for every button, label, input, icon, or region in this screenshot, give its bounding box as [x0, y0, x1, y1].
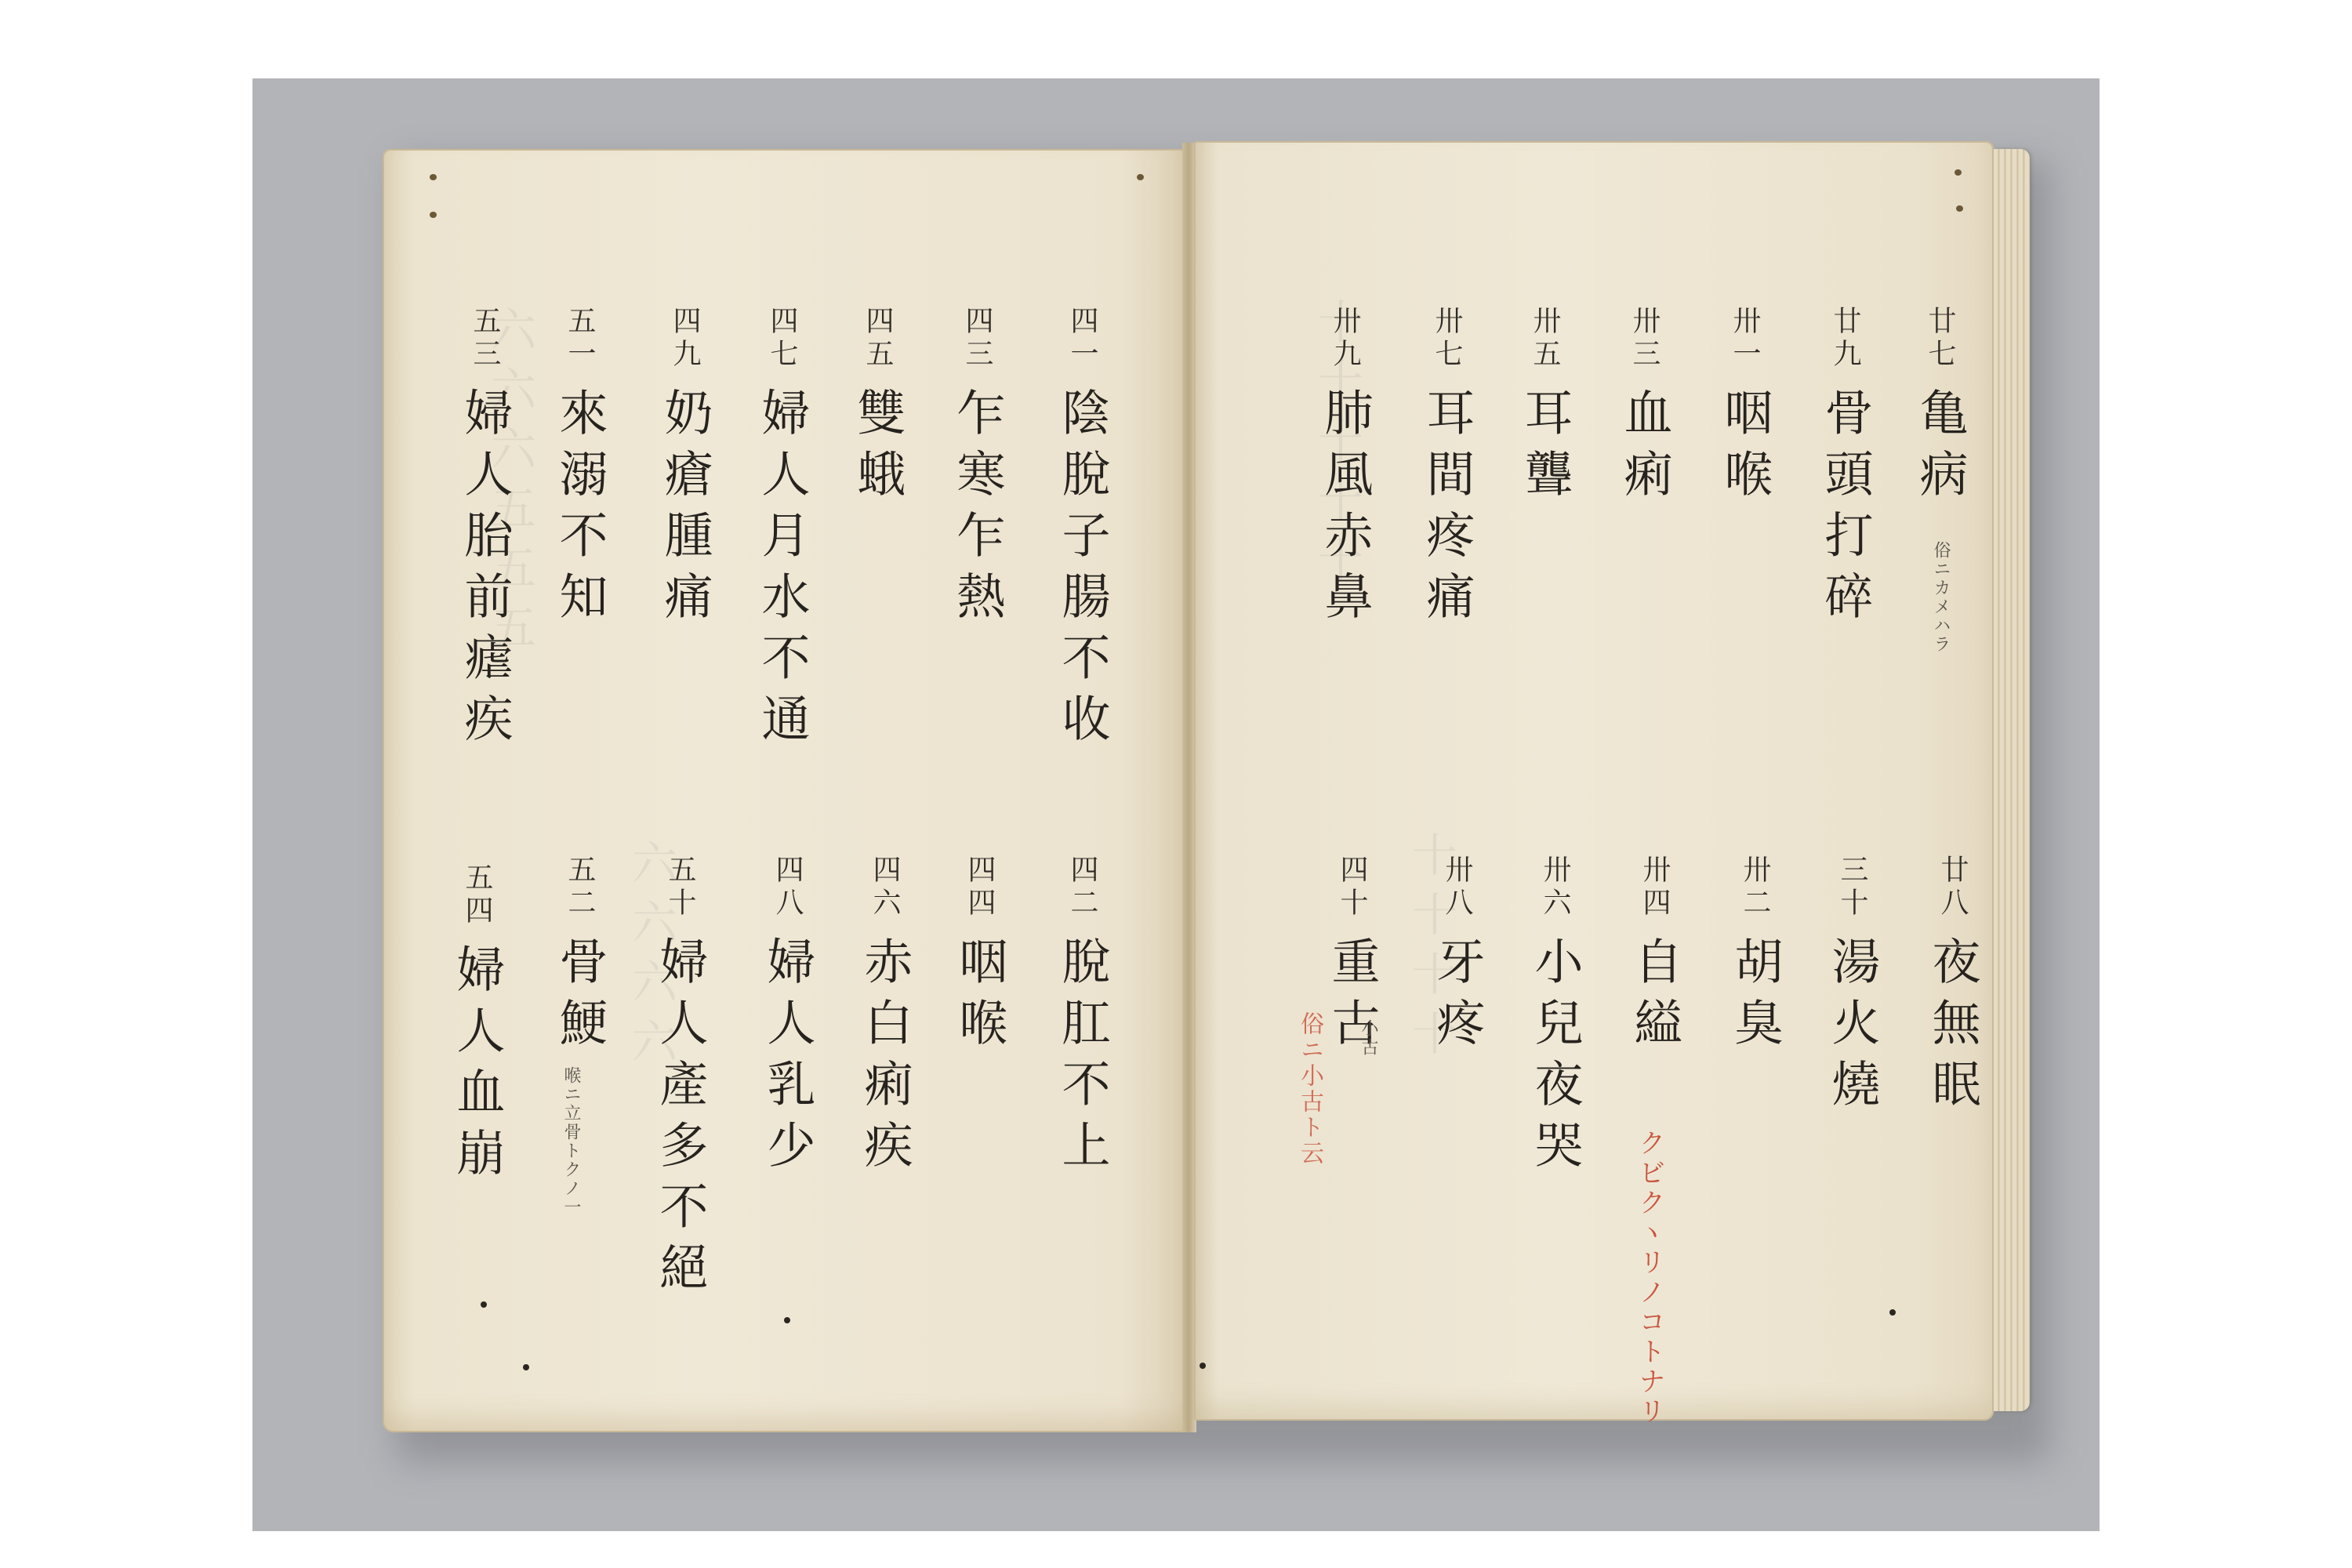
entry-term: 湯火燒: [1828, 936, 1876, 1120]
entry-term: 胡臭: [1730, 936, 1779, 1058]
entry-number: 廿八: [1936, 855, 1969, 920]
entry: 卅八 牙疼: [1425, 855, 1488, 1058]
entry: 四二 脫肛不上: [1051, 855, 1113, 1181]
entry: 四四 咽喉: [948, 855, 1011, 1058]
entry: 卅三 血痢: [1613, 306, 1675, 510]
entry: 四一 陰脫子腸不收: [1051, 306, 1113, 754]
entry: 廿七 亀病: [1908, 306, 1971, 510]
entry-term: 乍寒乍熱: [953, 387, 1001, 632]
entry: 卅五 耳聾: [1513, 306, 1576, 510]
ink-dot: [1200, 1363, 1206, 1369]
entry: 五十 婦人產多不絕: [648, 855, 711, 1303]
entry: 三十 湯火燒: [1820, 855, 1883, 1120]
entry-number: 卅五: [1528, 306, 1561, 372]
entry-gloss: 喉ニ立骨トクノ一: [559, 1066, 583, 1217]
entry: 五二 骨鯁: [548, 855, 611, 1058]
entry-number: 四四: [963, 855, 996, 920]
entry-number: 廿九: [1828, 306, 1861, 372]
ink-dot: [784, 1317, 790, 1323]
entry: 五三 婦人胎前瘧疾: [453, 306, 516, 754]
worm-hole: [1955, 169, 1962, 176]
ink-dot: [1889, 1309, 1896, 1316]
entry-number: 卅七: [1430, 306, 1463, 372]
entry-number: 五二: [563, 855, 596, 920]
entry: 四九 奶瘡腫痛: [653, 306, 716, 632]
entry-number: 五四: [460, 862, 493, 928]
entry: 卅二 胡臭: [1723, 855, 1786, 1058]
entry-term: 小兒夜哭: [1530, 936, 1579, 1181]
worm-hole: [430, 174, 437, 180]
worm-hole: [1956, 205, 1963, 212]
entry: 卅六 小兒夜哭: [1523, 855, 1586, 1181]
entry-term: 婦人乳少: [763, 936, 811, 1181]
entry-term: 婦人胎前瘧疾: [460, 387, 509, 754]
entry-term: 自縊: [1630, 936, 1679, 1058]
entry-number: 卅六: [1538, 855, 1571, 920]
entry: 廿九 骨頭打碎: [1813, 306, 1876, 632]
entry-term: 亀病: [1915, 387, 1964, 510]
entry-number: 卅九: [1328, 306, 1361, 372]
entry-gloss: 小古: [1356, 1019, 1381, 1057]
entry-number: 四七: [765, 306, 798, 372]
entry-term: 肺風赤鼻: [1320, 387, 1369, 632]
entry-number: 四三: [960, 306, 993, 372]
entry-number: 卅八: [1440, 855, 1473, 920]
entry-term: 耳間疼痛: [1422, 387, 1471, 632]
ink-dot: [523, 1364, 529, 1370]
entry-number: 四一: [1065, 306, 1098, 372]
entry: 卅四 自縊: [1623, 855, 1686, 1058]
entry: 卅一 咽喉: [1713, 306, 1776, 510]
entry-term: 陰脫子腸不收: [1058, 387, 1106, 754]
entry: 卅七 耳間疼痛: [1415, 306, 1478, 632]
red-annotation: クビクヽリノコトナリ: [1631, 1129, 1669, 1427]
entry-term: 牙疼: [1432, 936, 1481, 1058]
entry: 四五 雙蛾: [846, 306, 909, 510]
ink-dot: [481, 1301, 487, 1308]
red-annotation: 俗ニ小古ト云: [1292, 1011, 1327, 1167]
entry-gloss: 俗ニカメハラ: [1929, 541, 1953, 654]
entry-number: 四五: [861, 306, 894, 372]
entry-term: 骨頭打碎: [1820, 387, 1869, 632]
entry-number: 五十: [663, 855, 696, 920]
entry-number: 卅一: [1728, 306, 1761, 372]
entry-number: 四十: [1335, 855, 1368, 920]
entry-term: 婦人月水不通: [757, 387, 806, 754]
entry-number: 卅四: [1638, 855, 1671, 920]
entry-term: 婦人血崩: [452, 944, 501, 1189]
entry-number: 卅二: [1738, 855, 1771, 920]
entry-term: 咽喉: [1720, 387, 1769, 510]
entry-term: 耳聾: [1520, 387, 1569, 510]
entry-term: 雙蛾: [853, 387, 902, 510]
entry-term: 奶瘡腫痛: [660, 387, 709, 632]
entry: 卅九 肺風赤鼻: [1313, 306, 1376, 632]
entry: 廿八 夜無眠: [1921, 855, 1984, 1120]
entry-number: 三十: [1835, 855, 1868, 920]
entry-term: 夜無眠: [1928, 936, 1976, 1120]
entry-number: 五三: [468, 306, 501, 372]
entry-term: 咽喉: [955, 936, 1004, 1058]
entry: 五一 來溺不知: [548, 306, 611, 632]
entry: 四三 乍寒乍熱: [946, 306, 1008, 632]
entry-term: 婦人產多不絕: [655, 936, 704, 1303]
entry: 四八 婦人乳少: [756, 855, 818, 1181]
worm-hole: [430, 212, 437, 218]
entry-term: 血痢: [1620, 387, 1668, 510]
entry-number: 四九: [668, 306, 701, 372]
entry-term: 脫肛不上: [1058, 936, 1106, 1181]
entry-term: 赤白痢疾: [860, 936, 909, 1181]
entry-number: 廿七: [1923, 306, 1956, 372]
entry-term: 來溺不知: [555, 387, 604, 632]
entry-number: 五一: [563, 306, 596, 372]
entry: 四七 婦人月水不通: [750, 306, 813, 754]
entry: 五四 婦人血崩: [445, 862, 508, 1189]
entry-term: 骨鯁: [555, 936, 604, 1058]
entry-number: 四六: [868, 855, 901, 920]
entry: 四六 赤白痢疾: [853, 855, 916, 1181]
entry-number: 四八: [771, 855, 804, 920]
page-stack-edge: [1994, 149, 2030, 1411]
entry-number: 卅三: [1628, 306, 1661, 372]
worm-hole: [1137, 174, 1144, 180]
entry-number: 四二: [1065, 855, 1098, 920]
